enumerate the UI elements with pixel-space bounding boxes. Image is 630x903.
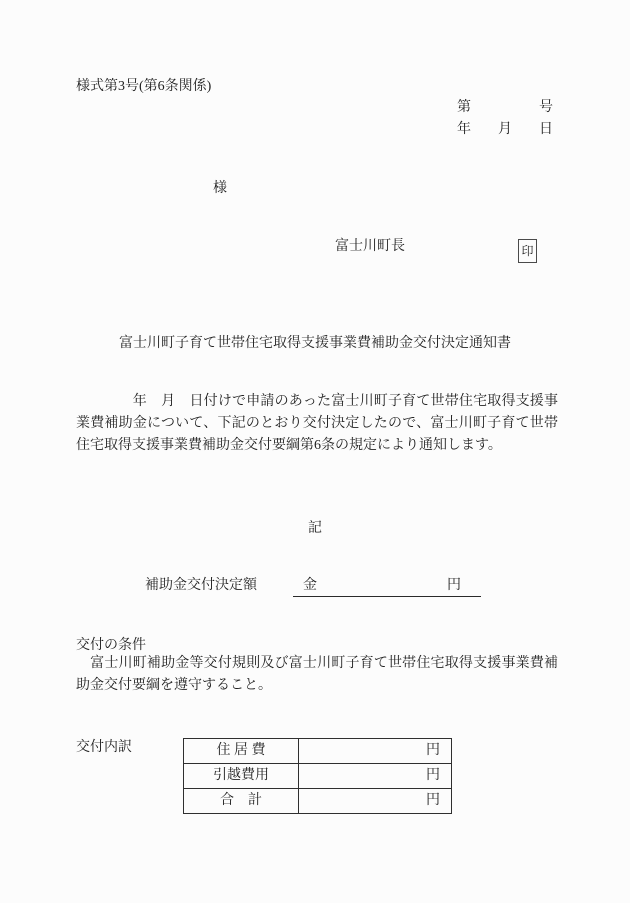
date-month-label: 月 (498, 123, 512, 137)
recipient-honorific: 様 (213, 182, 227, 196)
breakdown-item-housing: 住 居 費 (184, 739, 299, 764)
table-row-moving: 引越費用 円 (184, 764, 452, 789)
amount-blank-field: 金 円 (293, 577, 481, 597)
breakdown-item-moving: 引越費用 (184, 764, 299, 789)
doc-number-prefix: 第 (457, 101, 471, 115)
sender-title: 富士川町長 (335, 240, 405, 254)
table-row-total: 合 計 円 (184, 789, 452, 814)
breakdown-table: 住 居 費 円 引越費用 円 合 計 円 (183, 738, 452, 814)
record-marker: 記 (0, 522, 630, 536)
breakdown-amount-moving: 円 (299, 764, 452, 789)
conditions-text: 富士川町補助金等交付規則及び富士川町子育て世帯住宅取得支援事業費補助金交付要綱を… (76, 653, 558, 697)
date-day-label: 日 (539, 123, 553, 137)
doc-number-suffix: 号 (539, 101, 553, 115)
document-number-line: 第 号 (457, 101, 553, 115)
breakdown-item-total: 合 計 (184, 789, 299, 814)
amount-label: 補助金交付決定額 (145, 579, 257, 593)
body-paragraph: 年 月 日付けで申請のあった富士川町子育て世帯住宅取得支援事業費補助金について、… (76, 391, 558, 457)
table-row-housing: 住 居 費 円 (184, 739, 452, 764)
date-line: 年 月 日 (457, 123, 553, 137)
amount-currency-prefix: 金 (303, 579, 317, 593)
document-title: 富士川町子育て世帯住宅取得支援事業費補助金交付決定通知書 (0, 337, 630, 351)
seal-mark: 印 (518, 239, 537, 263)
breakdown-label: 交付内訳 (76, 741, 132, 755)
date-year-label: 年 (457, 123, 471, 137)
document-page: 様式第3号(第6条関係) 第 号 年 月 日 様 富士川町長 印 富士川町子育て… (0, 0, 630, 903)
breakdown-amount-housing: 円 (299, 739, 452, 764)
amount-currency-unit: 円 (447, 579, 461, 593)
form-number: 様式第3号(第6条関係) (76, 80, 211, 94)
breakdown-amount-total: 円 (299, 789, 452, 814)
conditions-heading: 交付の条件 (76, 639, 146, 653)
